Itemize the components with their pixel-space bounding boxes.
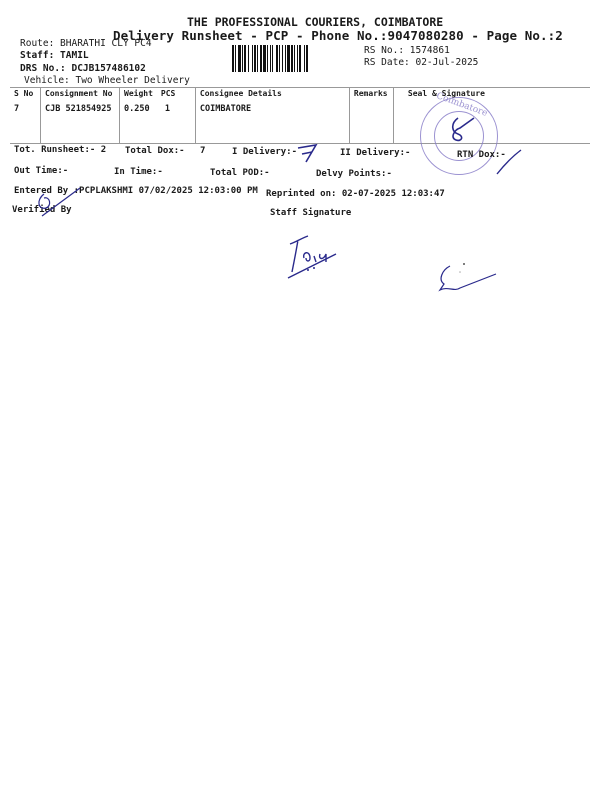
tot-runsheet: Tot. Runsheet:- 2 bbox=[14, 145, 106, 155]
runsheet-subtitle: Delivery Runsheet - PCP - Phone No.:9047… bbox=[113, 28, 563, 43]
staff-signature-label: Staff Signature bbox=[270, 208, 351, 218]
table-row: 7 CJB 521854925 0.250 1 COIMBATORE bbox=[10, 102, 588, 143]
delvy-points-label: Delvy Points:- bbox=[316, 169, 392, 179]
handwritten-seven bbox=[296, 142, 320, 164]
ii-delivery-label: II Delivery:- bbox=[340, 148, 410, 158]
rs-date: RS Date: 02-Jul-2025 bbox=[364, 57, 478, 68]
drs-number: DRS No.: DCJB157486102 bbox=[20, 63, 146, 74]
barcode bbox=[232, 45, 355, 72]
i-delivery-label: I Delivery:- bbox=[232, 147, 297, 157]
total-dox-label: Total Dox:- bbox=[125, 146, 185, 156]
col-consignee-details: Consignee Details bbox=[195, 87, 349, 102]
col-seal-signature: Seal & Signature bbox=[393, 87, 588, 102]
cell-pcs: 1 bbox=[157, 102, 196, 143]
in-time-label: In Time:- bbox=[114, 167, 163, 177]
vehicle-label: Vehicle: Two Wheeler Delivery bbox=[24, 75, 190, 86]
cell-remarks bbox=[349, 102, 393, 143]
col-s-no: S No bbox=[10, 87, 41, 102]
total-dox-value: 7 bbox=[200, 146, 205, 156]
verifier-signature bbox=[34, 186, 84, 222]
rtn-tick-mark bbox=[495, 148, 525, 178]
col-consignment-no: Consignment No bbox=[41, 87, 120, 102]
company-title: THE PROFESSIONAL COURIERS, COIMBATORE bbox=[187, 15, 443, 29]
staff-signature bbox=[286, 232, 346, 282]
col-remarks: Remarks bbox=[349, 87, 393, 102]
out-time-label: Out Time:- bbox=[14, 166, 68, 176]
cell-consignment-no: CJB 521854925 bbox=[41, 102, 120, 143]
cell-s-no: 7 bbox=[10, 102, 41, 143]
route-label: Route: BHARATHI CLY PC4 bbox=[20, 38, 152, 49]
staff-label: Staff: TAMIL bbox=[20, 50, 89, 61]
seal-signature-mark bbox=[440, 110, 480, 150]
cell-weight: 0.250 bbox=[120, 102, 157, 143]
total-pod-label: Total POD:- bbox=[210, 168, 270, 178]
col-weight: Weight bbox=[120, 87, 157, 102]
table-header-row: S No Consignment No Weight PCS Consignee… bbox=[10, 87, 588, 102]
rs-number: RS No.: 1574861 bbox=[364, 45, 450, 56]
col-pcs: PCS bbox=[157, 87, 196, 102]
cell-consignee: COIMBATORE bbox=[195, 102, 349, 143]
runsheet-table: S No Consignment No Weight PCS Consignee… bbox=[10, 87, 588, 143]
receiver-signature bbox=[420, 250, 500, 300]
reprinted-on: Reprinted on: 02-07-2025 12:03:47 bbox=[266, 189, 445, 199]
